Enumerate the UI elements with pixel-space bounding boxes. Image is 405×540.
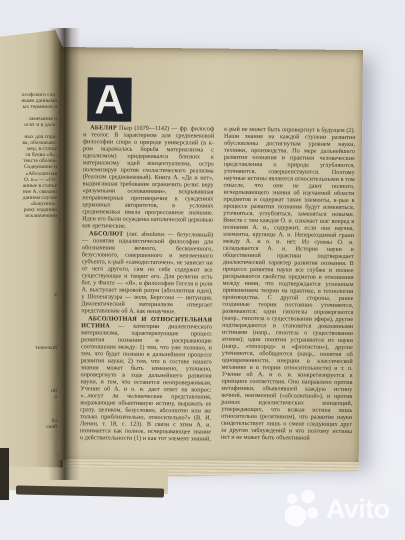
text-fragment-line: ский [46, 424, 57, 430]
book-spine-edge [0, 448, 9, 500]
text-fragment-line: тический [35, 345, 57, 351]
section-dropcap-letter: А [87, 77, 131, 121]
text-fragment-line: осит и в даль- [2, 122, 57, 128]
avito-watermark: Avito [283, 489, 390, 529]
dictionary-entry: АБЕЛЯР Пьер (1079—1142) — фр. философ и … [82, 124, 214, 230]
right-book-page: А АБЕЛЯР Пьер (1079—1142) — фр. философ … [58, 47, 363, 463]
dictionary-entry: АБСОЛЮТ (лат. absolutus — безусловный) —… [81, 230, 213, 315]
right-page-stack: А АБЕЛЯР Пьер (1079—1142) — фр. философ … [58, 47, 363, 463]
book-cover-edge [16, 485, 164, 497]
photo-backdrop: ософского сло- ными данными ых терминов … [0, 0, 405, 540]
left-book-page: ософского сло- ными данными ых терминов … [0, 30, 63, 476]
text-fragment-line: е [55, 292, 57, 298]
avito-logo-icon [283, 489, 323, 529]
text-fragment-line: исключением [2, 213, 57, 219]
dictionary-text-columns: АБЕЛЯР Пьер (1079—1142) — фр. философ и … [80, 124, 355, 449]
text-fragment-line: ых терминов и [2, 104, 57, 110]
entry-body: Пьер (1079—1142) — фр. философ и теолог.… [82, 125, 214, 230]
avito-watermark-text: Avito [326, 496, 390, 523]
text-fragment-line: а [55, 394, 57, 400]
entry-body: (лат. absolutus — безусловный) — понятие… [81, 231, 213, 316]
left-page-text-fragments: ософского сло- ными данными ых терминов … [2, 92, 57, 219]
